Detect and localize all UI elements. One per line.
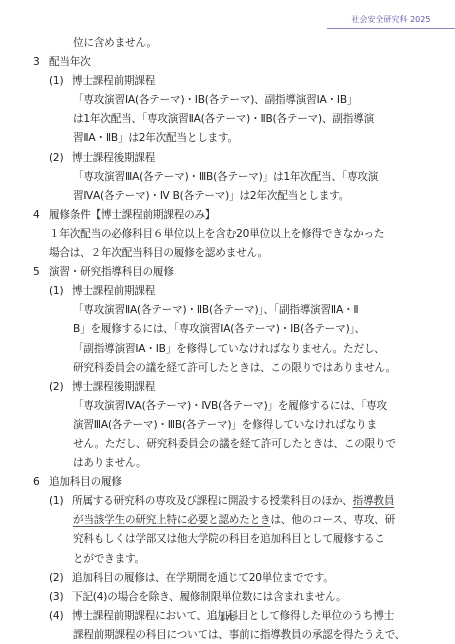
text-line: せん。ただし、研究科委員会の議を経て許可したときは、この限りで xyxy=(0,435,455,454)
header-title: 社会安全研究科 2025 xyxy=(352,15,431,24)
numbered-line: (3)下記(4)の場合を除き、履修制限単位数には含まれません。 xyxy=(0,588,455,607)
text-segment: １年次配当の必修科目６単位以上を含む20単位以上を修得できなかった xyxy=(49,228,384,240)
text-segment: は1年次配当、「専攻演習ⅡA(各テーマ)・ⅡB(各テーマ)、副指導演 xyxy=(73,113,374,125)
line-text: とができます。 xyxy=(73,550,145,569)
text-segment: 「専攻演習ⅢA(各テーマ)・ⅢB(各テーマ)」は1年次配当、「専攻演 xyxy=(73,171,378,183)
line-text: 「専攻演習ⅣA(各テーマ)・ⅣB(各テーマ)」を履修するには、「専攻 xyxy=(73,397,387,416)
line-text: B」を履修するには、「専攻演習ⅠA(各テーマ)・ⅠB(各テーマ)」、 xyxy=(73,320,365,339)
line-text: 所属する研究科の専攻及び課程に開設する授業科目のほか、指導教員 xyxy=(72,492,394,511)
document-body: 位に含めません。3配当年次(1)博士課程前期課程「専攻演習ⅠA(各テーマ)・ⅠB… xyxy=(0,34,455,644)
numbered-line: 4履修条件【博士課程前期課程のみ】 xyxy=(0,206,455,225)
line-text: せん。ただし、研究科委員会の議を経て許可したときは、この限りで xyxy=(73,435,396,454)
item-number: (1) xyxy=(49,72,63,91)
page-number: - 176 - xyxy=(214,614,240,623)
text-line: 習ⅣA(各テーマ)・Ⅳ B(各テーマ)」は2年次配当とします。 xyxy=(0,187,455,206)
line-text: 課程前期課程の科目については、事前に指導教員の承認を得たうえで、 xyxy=(73,626,405,644)
line-text: が当該学生の研究上特に必要と認めたときは、他のコース、専攻、研 xyxy=(73,511,395,530)
numbered-line: (2)追加科目の履修は、在学期間を通じて20単位までです。 xyxy=(0,569,455,588)
line-text: 研究科委員会の議を経て許可したときは、この限りではありません。 xyxy=(73,359,396,378)
numbered-line: (1)博士課程前期課程 xyxy=(0,282,455,301)
text-line: 「専攻演習ⅠA(各テーマ)・ⅠB(各テーマ)、副指導演習ⅠA・ⅠB」 xyxy=(0,91,455,110)
line-text: はありません。 xyxy=(73,454,146,473)
text-segment: せん。ただし、研究科委員会の議を経て許可したときは、この限りで xyxy=(73,438,396,450)
line-text: 習ⅡA・ⅡB」は2年次配当とします。 xyxy=(73,129,238,148)
item-number: (1) xyxy=(49,492,63,511)
line-text: 「専攻演習ⅢA(各テーマ)・ⅢB(各テーマ)」は1年次配当、「専攻演 xyxy=(73,168,378,187)
text-segment: 「専攻演習ⅡA(各テーマ)・ⅡB(各テーマ)」、「副指導演習ⅡA・Ⅱ xyxy=(73,304,358,316)
text-segment: 下記(4)の場合を除き、履修制限単位数には含まれません。 xyxy=(72,591,346,603)
text-line: 習ⅡA・ⅡB」は2年次配当とします。 xyxy=(0,129,455,148)
line-text: 博士課程前期課程 xyxy=(72,282,155,301)
numbered-line: (2)博士課程後期課程 xyxy=(0,378,455,397)
underlined-text: が当該学生の研究上特に必要と認めたとき xyxy=(73,514,270,526)
numbered-line: 6追加科目の履修 xyxy=(0,473,455,492)
text-segment: 履修条件【博士課程前期課程のみ】 xyxy=(49,209,215,221)
line-text: 下記(4)の場合を除き、履修制限単位数には含まれません。 xyxy=(72,588,346,607)
text-line: 「副指導演習ⅠA・ⅠB」を修得していなければなりません。ただし、 xyxy=(0,340,455,359)
line-text: 「専攻演習ⅠA(各テーマ)・ⅠB(各テーマ)、副指導演習ⅠA・ⅠB」 xyxy=(73,91,357,110)
text-line: １年次配当の必修科目６単位以上を含む20単位以上を修得できなかった xyxy=(0,225,455,244)
text-segment: 追加科目の履修 xyxy=(49,476,122,488)
text-segment: 所属する研究科の専攻及び課程に開設する授業科目のほか、 xyxy=(72,495,353,507)
line-text: 博士課程後期課程 xyxy=(72,378,155,397)
text-segment: 究科もしくは学部又は他大学院の科目を追加科目として履修するこ xyxy=(73,533,385,545)
line-text: 配当年次 xyxy=(49,53,91,72)
running-header: 社会安全研究科 2025 xyxy=(327,14,455,29)
text-segment: 博士課程前期課程 xyxy=(72,75,155,87)
text-line: 場合は、２年次配当科目の履修を認めません。 xyxy=(0,244,455,263)
item-number: (2) xyxy=(49,378,63,397)
numbered-line: 5演習・研究指導科目の履修 xyxy=(0,263,455,282)
line-text: 習ⅣA(各テーマ)・Ⅳ B(各テーマ)」は2年次配当とします。 xyxy=(73,187,349,206)
line-text: 履修条件【博士課程前期課程のみ】 xyxy=(49,206,215,225)
text-segment: 演習ⅢA(各テーマ)・ⅢB(各テーマ)」を修得していなければなりま xyxy=(73,419,377,431)
text-segment: B」を履修するには、「専攻演習ⅠA(各テーマ)・ⅠB(各テーマ)」、 xyxy=(73,323,365,335)
line-text: 演習ⅢA(各テーマ)・ⅢB(各テーマ)」を修得していなければなりま xyxy=(73,416,377,435)
numbered-line: (1)博士課程前期課程 xyxy=(0,72,455,91)
line-text: 究科もしくは学部又は他大学院の科目を追加科目として履修するこ xyxy=(73,530,385,549)
line-text: 位に含めません。 xyxy=(73,34,157,53)
line-text: 追加科目の履修は、在学期間を通じて20単位までです。 xyxy=(72,569,334,588)
text-segment: 「専攻演習ⅣA(各テーマ)・ⅣB(各テーマ)」を履修するには、「専攻 xyxy=(73,400,387,412)
text-segment: 演習・研究指導科目の履修 xyxy=(49,266,174,278)
text-segment: 場合は、２年次配当科目の履修を認めません。 xyxy=(49,247,268,259)
text-segment: 位に含めません。 xyxy=(73,37,157,49)
text-segment: 習ⅡA・ⅡB」は2年次配当とします。 xyxy=(73,132,238,144)
text-segment: はありません。 xyxy=(73,457,146,469)
item-number: 4 xyxy=(33,206,40,225)
text-line: とができます。 xyxy=(0,550,455,569)
text-line: はありません。 xyxy=(0,454,455,473)
item-number: (1) xyxy=(49,282,63,301)
item-number: (2) xyxy=(49,569,63,588)
text-segment: 習ⅣA(各テーマ)・Ⅳ B(各テーマ)」は2年次配当とします。 xyxy=(73,190,349,202)
line-text: 演習・研究指導科目の履修 xyxy=(49,263,174,282)
text-segment: 追加科目の履修は、在学期間を通じて20単位までです。 xyxy=(72,572,334,584)
text-segment: 配当年次 xyxy=(49,56,91,68)
numbered-line: (2)博士課程後期課程 xyxy=(0,149,455,168)
numbered-line: (1)所属する研究科の専攻及び課程に開設する授業科目のほか、指導教員 xyxy=(0,492,455,511)
text-segment: 課程前期課程の科目については、事前に指導教員の承認を得たうえで、 xyxy=(73,629,405,641)
numbered-line: 3配当年次 xyxy=(0,53,455,72)
line-text: 博士課程後期課程 xyxy=(72,149,155,168)
text-line: B」を履修するには、「専攻演習ⅠA(各テーマ)・ⅠB(各テーマ)」、 xyxy=(0,320,455,339)
text-segment: 「専攻演習ⅠA(各テーマ)・ⅠB(各テーマ)、副指導演習ⅠA・ⅠB」 xyxy=(73,94,357,106)
text-line: 「専攻演習ⅣA(各テーマ)・ⅣB(各テーマ)」を履修するには、「専攻 xyxy=(0,397,455,416)
text-line: 「専攻演習ⅡA(各テーマ)・ⅡB(各テーマ)」、「副指導演習ⅡA・Ⅱ xyxy=(0,301,455,320)
text-line: 演習ⅢA(各テーマ)・ⅢB(各テーマ)」を修得していなければなりま xyxy=(0,416,455,435)
line-text: 追加科目の履修 xyxy=(49,473,122,492)
text-segment: 研究科委員会の議を経て許可したときは、この限りではありません。 xyxy=(73,362,396,374)
text-line: 研究科委員会の議を経て許可したときは、この限りではありません。 xyxy=(0,359,455,378)
item-number: (3) xyxy=(49,588,63,607)
text-line: 課程前期課程の科目については、事前に指導教員の承認を得たうえで、 xyxy=(0,626,455,644)
line-text: は1年次配当、「専攻演習ⅡA(各テーマ)・ⅡB(各テーマ)、副指導演 xyxy=(73,110,374,129)
text-segment: 「副指導演習ⅠA・ⅠB」を修得していなければなりません。ただし、 xyxy=(73,343,385,355)
line-text: 「副指導演習ⅠA・ⅠB」を修得していなければなりません。ただし、 xyxy=(73,340,385,359)
line-text: 「専攻演習ⅡA(各テーマ)・ⅡB(各テーマ)」、「副指導演習ⅡA・Ⅱ xyxy=(73,301,358,320)
line-text: 博士課程前期課程 xyxy=(72,72,155,91)
text-segment: とができます。 xyxy=(73,553,145,565)
text-line: が当該学生の研究上特に必要と認めたときは、他のコース、専攻、研 xyxy=(0,511,455,530)
text-line: 「専攻演習ⅢA(各テーマ)・ⅢB(各テーマ)」は1年次配当、「専攻演 xyxy=(0,168,455,187)
item-number: 5 xyxy=(33,263,40,282)
text-line: 位に含めません。 xyxy=(0,34,455,53)
text-line: 究科もしくは学部又は他大学院の科目を追加科目として履修するこ xyxy=(0,530,455,549)
item-number: 3 xyxy=(33,53,40,72)
text-segment: 博士課程後期課程 xyxy=(72,381,155,393)
item-number: (2) xyxy=(49,149,63,168)
line-text: １年次配当の必修科目６単位以上を含む20単位以上を修得できなかった xyxy=(49,225,384,244)
text-segment: は、他のコース、専攻、研 xyxy=(270,514,395,526)
text-segment: 博士課程前期課程 xyxy=(72,285,155,297)
line-text: 場合は、２年次配当科目の履修を認めません。 xyxy=(49,244,268,263)
page-footer: - 176 - xyxy=(0,614,455,623)
underlined-text: 指導教員 xyxy=(353,495,395,507)
item-number: 6 xyxy=(33,473,40,492)
text-line: は1年次配当、「専攻演習ⅡA(各テーマ)・ⅡB(各テーマ)、副指導演 xyxy=(0,110,455,129)
text-segment: 博士課程後期課程 xyxy=(72,152,155,164)
